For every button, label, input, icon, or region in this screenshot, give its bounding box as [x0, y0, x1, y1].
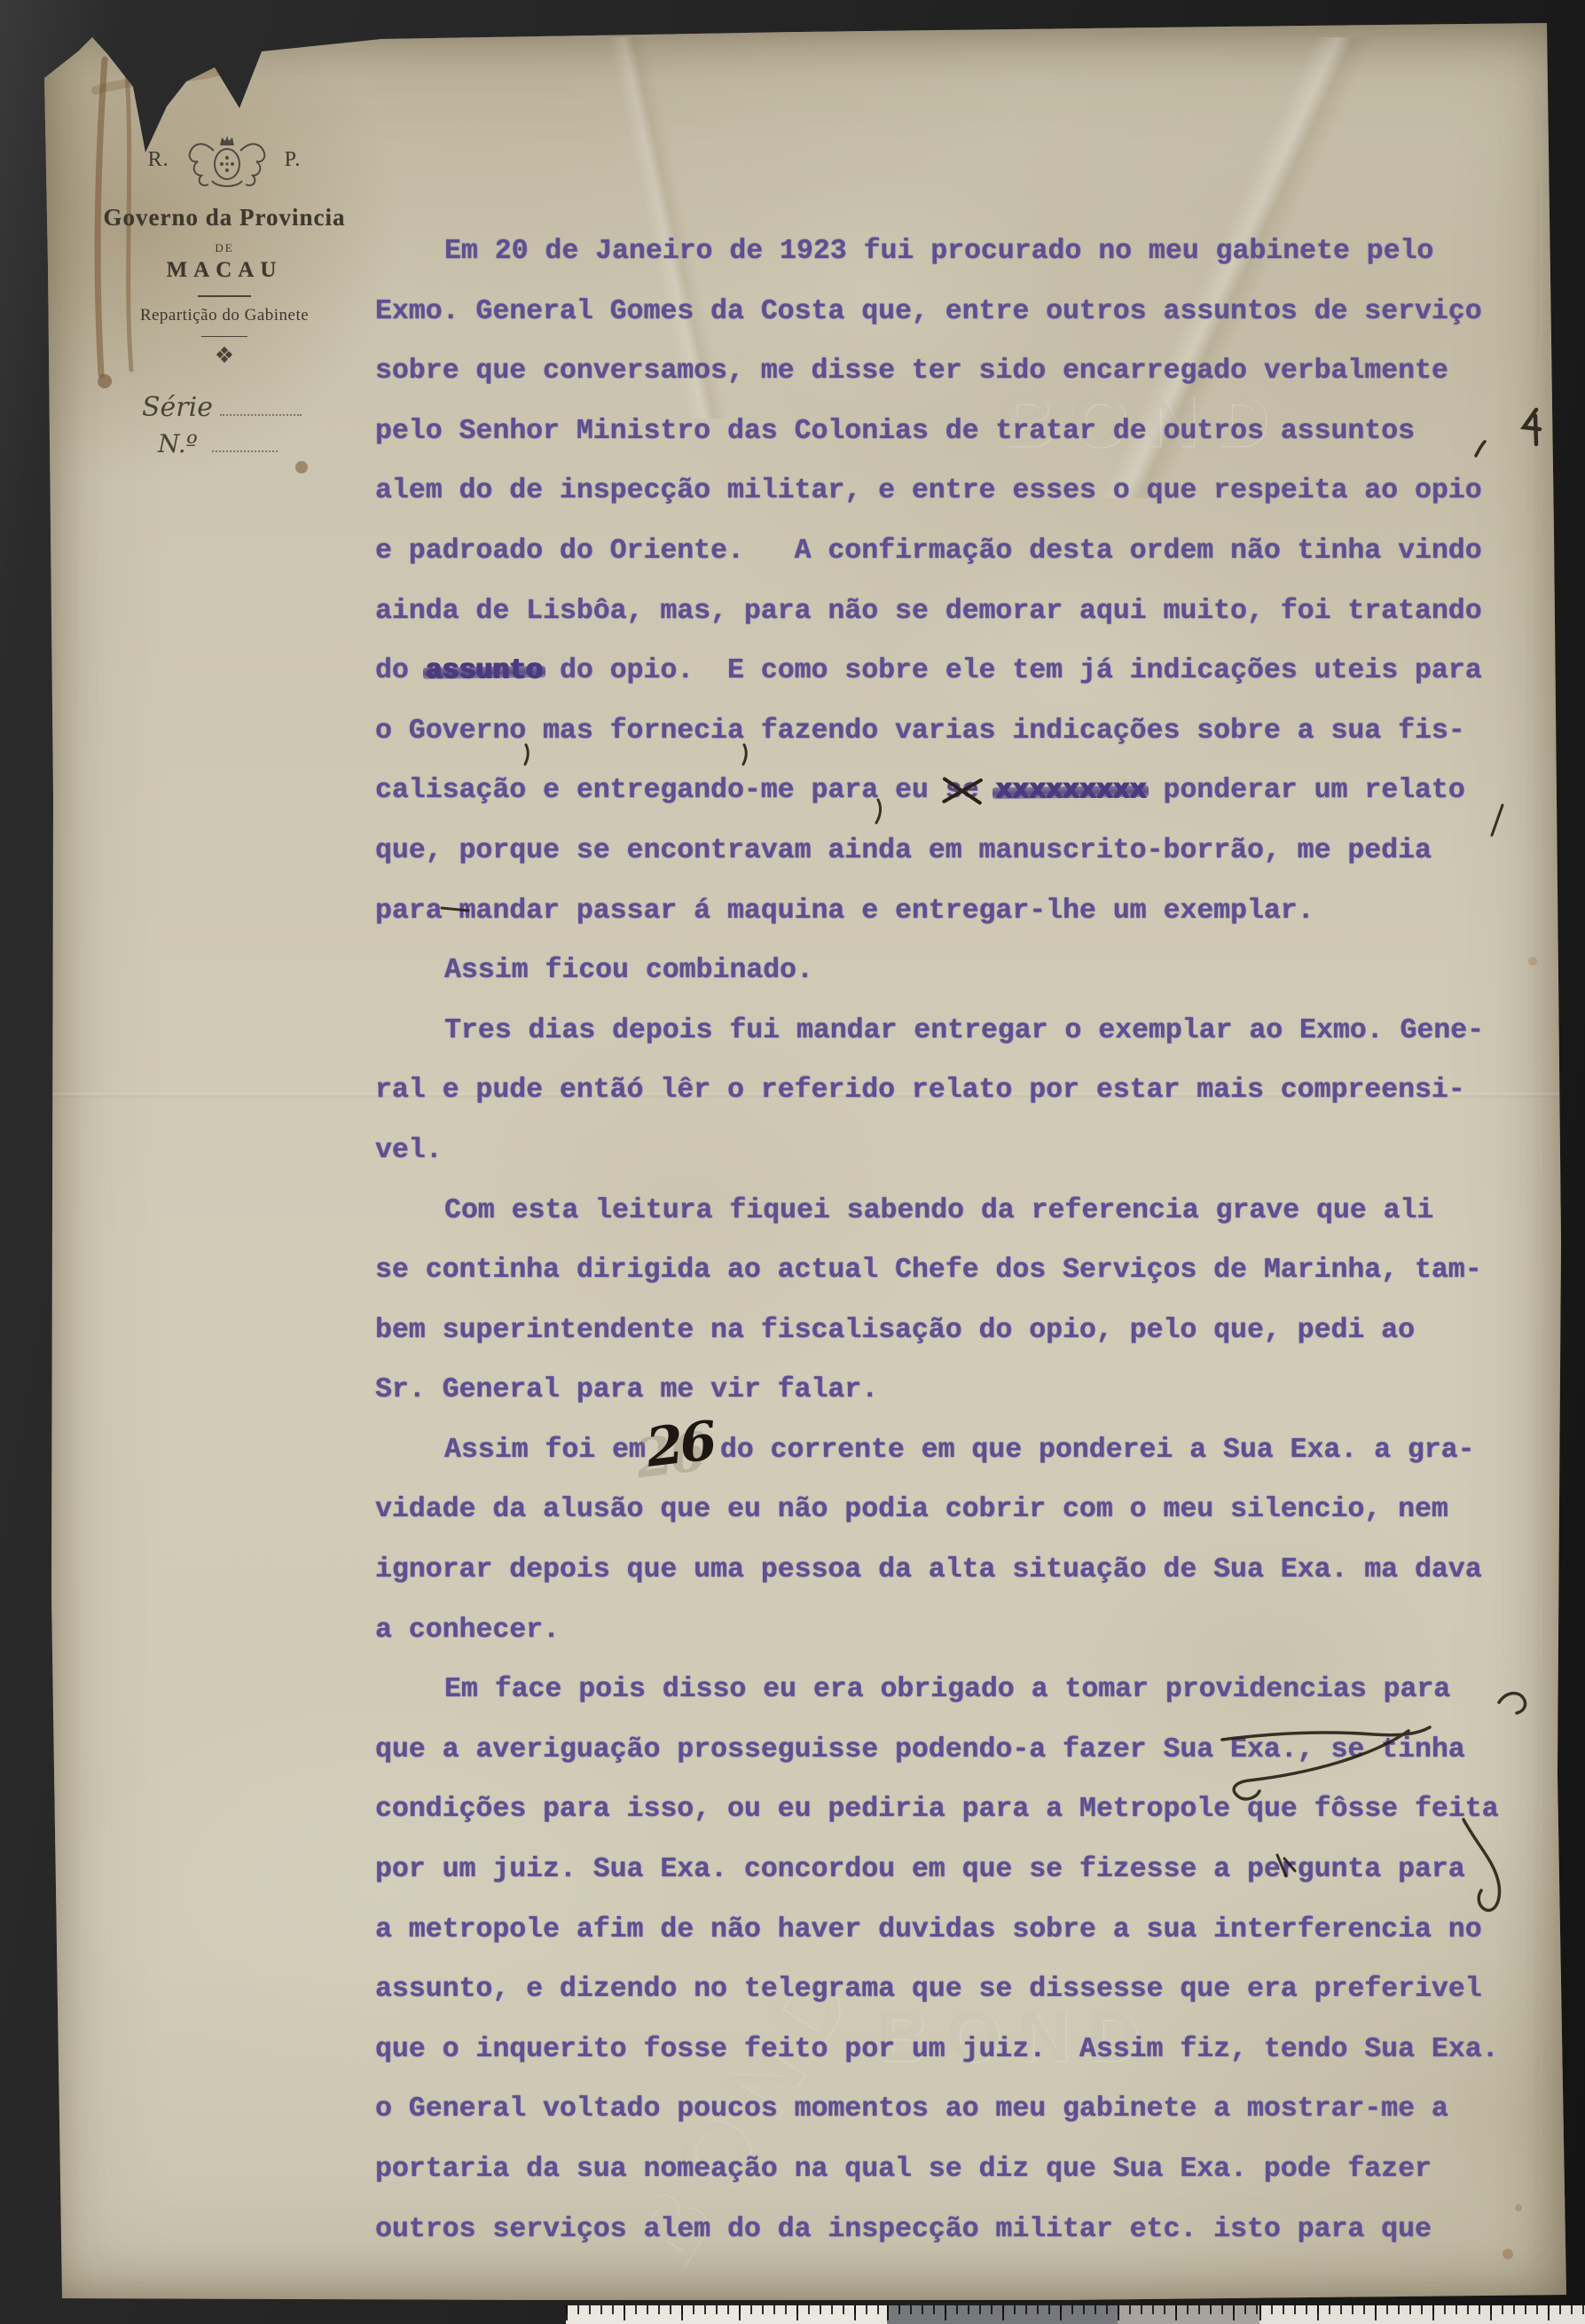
text-line: Tres dias depois fui mandar entregar o e… — [375, 1001, 1537, 1061]
text-segment: o General voltado poucos momentos ao meu… — [375, 2093, 1448, 2124]
text-segment: vidade da alusão que eu não podia cobrir… — [375, 1494, 1448, 1525]
text-segment: que o inquerito fosse feito por um juiz.… — [375, 2034, 1499, 2065]
text-segment: pelo Senhor Ministro das Colonias de tra… — [375, 416, 1415, 447]
text-segment: o Governo mas fornecia fazendo varias in… — [375, 716, 1465, 747]
text-segment: sobre que conversamos, me disse ter sido… — [375, 356, 1448, 387]
text-segment: portaria da sua nomeação na qual se diz … — [375, 2154, 1432, 2185]
ruler-segment — [566, 2305, 887, 2324]
text-segment: assunto, e dizendo no telegrama que se d… — [375, 1974, 1482, 2005]
text-line: para mandar passar á maquina e entregar-… — [375, 881, 1537, 942]
serie-field: Série — [142, 392, 302, 423]
struck-out-word: xxxxxxxxx — [995, 775, 1146, 806]
text-segment: ponderar um relato — [1147, 775, 1465, 806]
text-segment: Com esta leitura fiquei sabendo da refer… — [444, 1195, 1433, 1226]
struck-out-word: assunto — [426, 655, 543, 686]
text-line: ainda de Lisbôa, mas, para não se demora… — [375, 582, 1537, 642]
numero-blank-line — [212, 429, 278, 452]
text-segment: bem superintendente na fiscalisação do o… — [375, 1315, 1415, 1346]
text-segment: do — [375, 655, 426, 686]
text-line: assunto, e dizendo no telegrama que se d… — [375, 1960, 1537, 2020]
text-line: bem superintendente na fiscalisação do o… — [375, 1301, 1537, 1361]
text-line: e padroado do Oriente. A confirmação des… — [375, 521, 1537, 582]
text-line: calisação e entregando-me para eu se xxx… — [375, 761, 1537, 821]
letterhead-city: MACAU — [78, 258, 371, 283]
text-line: Assim foi em26do corrente em que pondere… — [375, 1420, 1537, 1481]
text-segment: que a averiguação prosseguisse podendo-a… — [375, 1734, 1465, 1765]
text-line: Assim ficou combinado. — [375, 941, 1537, 1001]
text-segment: outros serviços alem do da inspecção mil… — [375, 2214, 1432, 2245]
numero-field: N.º — [158, 429, 278, 458]
document-page: R. P. Governo da Provincia — [43, 20, 1570, 2300]
text-line: que o inquerito fosse feito por um juiz.… — [375, 2020, 1537, 2080]
text-segment: e padroado do Oriente. A confirmação des… — [375, 536, 1482, 567]
text-line: se continha dirigida ao actual Chefe dos… — [375, 1240, 1537, 1301]
letterhead-r: R. — [148, 148, 169, 172]
letterhead-crest-row: R. P. — [78, 122, 371, 197]
text-line: que a averiguação prosseguisse podendo-a… — [375, 1720, 1537, 1780]
text-segment: a conhecer. — [375, 1615, 560, 1646]
text-segment: Tres dias depois fui mandar entregar o e… — [444, 1015, 1484, 1046]
text-line: o Governo mas fornecia fazendo varias in… — [375, 701, 1537, 762]
text-line: portaria da sua nomeação na qual se diz … — [375, 2140, 1537, 2200]
ruler-segment — [1259, 2305, 1585, 2324]
letterhead: R. P. Governo da Provincia — [78, 122, 371, 368]
letterhead-government: Governo da Provincia — [78, 204, 371, 231]
handwritten-date: 26 — [647, 1440, 720, 1449]
text-segment: que, porque se encontravam ainda em manu… — [375, 835, 1432, 866]
text-segment: do corrente em que ponderei a Sua Exa. a… — [720, 1435, 1475, 1466]
text-segment: se continha dirigida ao actual Chefe dos… — [375, 1255, 1482, 1286]
text-line: por um juiz. Sua Exa. concordou em que s… — [375, 1840, 1537, 1900]
text-segment: ral e pude entãó lêr o referido relato p… — [375, 1075, 1465, 1106]
text-line: vel. — [375, 1121, 1537, 1181]
letterhead-de: DE — [78, 241, 371, 255]
text-segment: Em face pois disso eu era obrigado a tom… — [444, 1674, 1450, 1705]
text-segment: Assim foi em — [444, 1435, 646, 1466]
text-line: ral e pude entãó lêr o referido relato p… — [375, 1060, 1537, 1121]
ornament-icon: ❖ — [78, 342, 371, 368]
numero-label: N.º — [158, 429, 198, 458]
text-segment: calisação e entregando-me para eu — [375, 775, 946, 806]
text-segment: vel. — [375, 1135, 443, 1166]
text-segment: Sr. General para me vir falar. — [375, 1374, 878, 1405]
text-line: Com esta leitura fiquei sabendo da refer… — [375, 1181, 1537, 1241]
ruler-segment — [887, 2305, 1118, 2324]
serie-blank-line — [220, 393, 302, 416]
text-segment: Assim ficou combinado. — [444, 955, 813, 986]
letterhead-divider — [198, 295, 251, 297]
text-segment: por um juiz. Sua Exa. concordou em que s… — [375, 1854, 1465, 1885]
text-line: o General voltado poucos momentos ao meu… — [375, 2079, 1537, 2140]
serie-label: Série — [142, 392, 213, 423]
letterhead-p: P. — [285, 148, 302, 172]
ruler-segment — [1118, 2305, 1259, 2324]
text-line: ignorar depois que uma pessoa da alta si… — [375, 1540, 1537, 1600]
letterhead-department: Repartição do Gabinete — [78, 306, 371, 325]
text-segment: a metropole afim de não haver duvidas so… — [375, 1914, 1482, 1945]
coat-of-arms-icon — [178, 124, 276, 195]
text-line: condições para isso, ou eu pediria para … — [375, 1780, 1537, 1840]
text-line: outros serviços alem do da inspecção mil… — [375, 2200, 1537, 2260]
text-line: vidade da alusão que eu não podia cobrir… — [375, 1480, 1537, 1540]
text-line: que, porque se encontravam ainda em manu… — [375, 821, 1537, 881]
crossed-out-word: se — [946, 775, 979, 806]
text-line: alem do de inspecção militar, e entre es… — [375, 461, 1537, 521]
text-segment: Exmo. General Gomes da Costa que, entre … — [375, 296, 1482, 327]
text-segment: Em 20 de Janeiro de 1923 fui procurado n… — [444, 236, 1433, 267]
text-segment: ainda de Lisbôa, mas, para não se demora… — [375, 596, 1482, 627]
text-segment: alem do de inspecção militar, e entre es… — [375, 475, 1482, 506]
text-line: Sr. General para me vir falar. — [375, 1360, 1537, 1420]
photo-ruler — [566, 2305, 1585, 2324]
text-line: a conhecer. — [375, 1600, 1537, 1661]
scan-background: R. P. Governo da Provincia — [0, 0, 1585, 2324]
typewritten-text: Em 20 de Janeiro de 1923 fui procurado n… — [375, 222, 1537, 2259]
text-segment: para mandar passar á maquina e entregar-… — [375, 896, 1314, 927]
text-line: sobre que conversamos, me disse ter sido… — [375, 341, 1537, 402]
text-line: do assunto do opio. E como sobre ele tem… — [375, 641, 1537, 701]
text-segment: ignorar depois que uma pessoa da alta si… — [375, 1554, 1482, 1585]
text-line: Em face pois disso eu era obrigado a tom… — [375, 1660, 1537, 1720]
text-line: pelo Senhor Ministro das Colonias de tra… — [375, 402, 1537, 462]
text-line: Exmo. General Gomes da Costa que, entre … — [375, 282, 1537, 342]
letterhead-divider — [201, 336, 247, 337]
text-line: a metropole afim de não haver duvidas so… — [375, 1900, 1537, 1960]
text-line: Em 20 de Janeiro de 1923 fui procurado n… — [375, 222, 1537, 282]
text-segment: condições para isso, ou eu pediria para … — [375, 1794, 1499, 1825]
text-segment: do opio. E como sobre ele tem já indicaç… — [543, 655, 1482, 686]
